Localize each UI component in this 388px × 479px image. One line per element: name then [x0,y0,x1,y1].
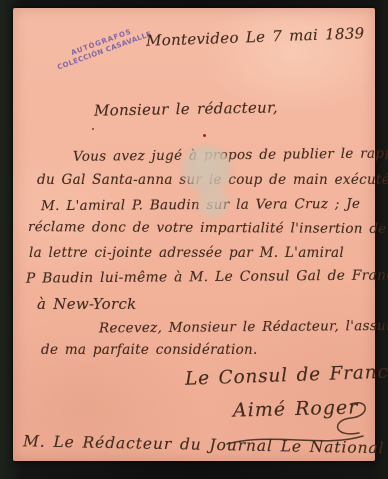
body-line: la lettre ci-jointe adressée par M. L'am… [29,245,344,261]
signature-title: Le Consul de France [185,361,388,390]
body-line: à New-Yorck [37,295,137,313]
salutation-line: Monsieur le rédacteur, [94,98,278,119]
date-line: Montevideo Le 7 mai 1839 [146,24,365,50]
closing-line: Recevez, Monsieur le Rédacteur, l'assura… [99,318,388,337]
body-line: réclame donc de votre impartialité l'ins… [28,219,387,237]
paper-speck-dark [92,128,94,130]
scanned-letter-photo: AUTÓGRAFOS COLECCIÓN CASAVALLE Montevide… [0,0,388,479]
closing-line: de ma parfaite considération. [41,342,258,358]
collection-stamp: AUTÓGRAFOS COLECCIÓN CASAVALLE [53,21,153,71]
letter-paper: AUTÓGRAFOS COLECCIÓN CASAVALLE Montevide… [13,8,375,461]
body-line: P Baudin lui-même à M. Le Consul Gal de … [26,267,388,286]
paper-speck-red [203,134,206,137]
ink-stain-lobe [196,184,230,220]
